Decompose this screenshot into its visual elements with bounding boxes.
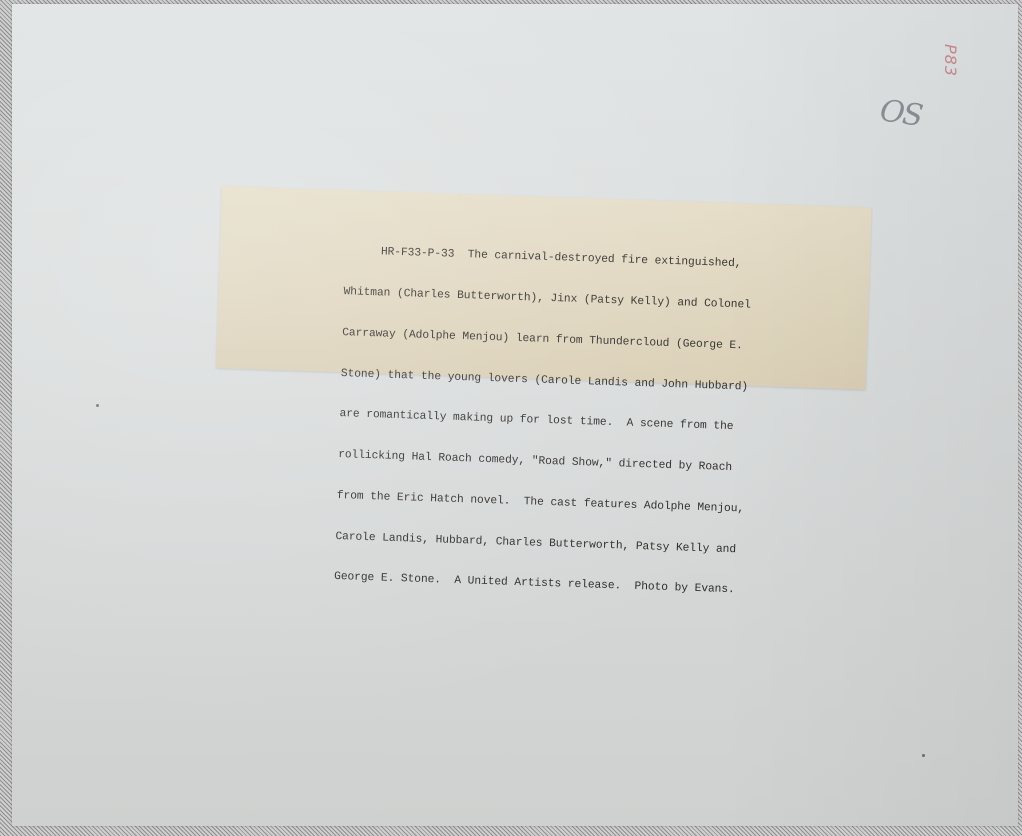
dust-speck [96, 404, 99, 407]
caption-snipe: HR-F33-P-33 The carnival-destroyed fire … [216, 186, 872, 389]
caption-line: from the Eric Hatch novel. The cast feat… [337, 490, 852, 521]
caption-line: HR-F33-P-33 The carnival-destroyed fire … [345, 245, 860, 276]
pencil-note-os: OS [878, 93, 924, 133]
caption-line: Carole Landis, Hubbard, Charles Butterwo… [335, 531, 850, 562]
caption-line: rollicking Hal Roach comedy, "Road Show,… [338, 449, 853, 480]
caption-line: George E. Stone. A United Artists releas… [334, 571, 849, 602]
caption-text: HR-F33-P-33 The carnival-destroyed fire … [333, 218, 861, 629]
caption-line: Whitman (Charles Butterworth), Jinx (Pat… [343, 286, 858, 317]
caption-line: are romantically making up for lost time… [339, 408, 854, 439]
pencil-note-code: P83 [941, 44, 960, 77]
photo-back: HR-F33-P-33 The carnival-destroyed fire … [12, 4, 1018, 826]
dust-speck [922, 754, 925, 757]
caption-line: Stone) that the young lovers (Carole Lan… [341, 368, 856, 399]
caption-line: Carraway (Adolphe Menjou) learn from Thu… [342, 327, 857, 358]
